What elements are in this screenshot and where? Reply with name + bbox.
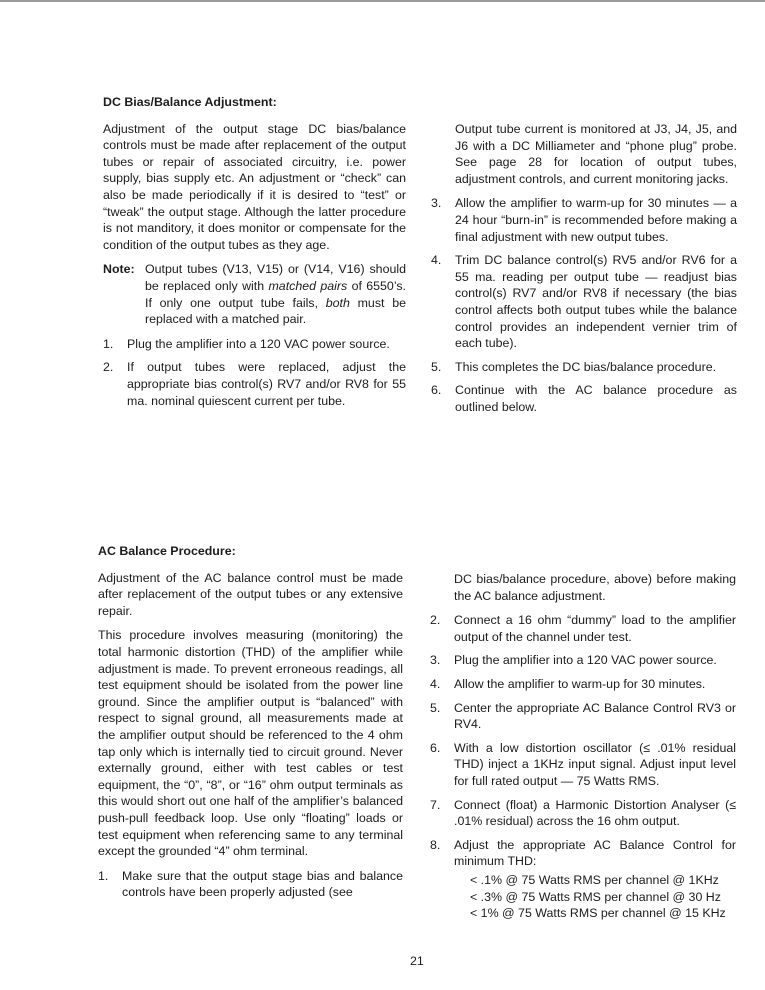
step-text: With a low distortion oscillator (≤ .01%… — [454, 740, 736, 790]
thd-spec-line: < .1% @ 75 Watts RMS per channel @ 1KHz — [470, 872, 736, 889]
step-number: 5. — [430, 700, 454, 733]
thd-spec-line: < 1% @ 75 Watts RMS per channel @ 15 KHz — [470, 905, 736, 922]
ac-step: 3. Plug the amplifier into a 120 VAC pow… — [430, 652, 736, 669]
step-number: 4. — [430, 676, 454, 693]
note-body: Output tubes (V13, V15) or (V14, V16) sh… — [145, 261, 406, 327]
dc-step: 3. Allow the amplifier to warm-up for 30… — [431, 195, 737, 245]
step-number: 6. — [430, 740, 454, 790]
step-text: Adjust the appropriate AC Balance Contro… — [454, 837, 736, 870]
ac-step: 5. Center the appropriate AC Balance Con… — [430, 700, 736, 733]
ac-paragraph-2: This procedure involves measuring (monit… — [98, 627, 403, 859]
note-label: Note: — [103, 261, 145, 327]
step-text: Allow the amplifier to warm-up for 30 mi… — [454, 676, 736, 693]
step-number: 3. — [430, 652, 454, 669]
dc-section-heading: DC Bias/Balance Adjustment: — [103, 94, 406, 111]
note-emphasis: both — [326, 296, 350, 310]
dc-step: 2. If output tubes were replaced, adjust… — [103, 359, 406, 409]
step-text: Trim DC balance control(s) RV5 and/or RV… — [455, 252, 737, 352]
dc-step: 1. Plug the amplifier into a 120 VAC pow… — [103, 336, 406, 353]
step-number: 1. — [103, 336, 127, 353]
ac-step1-continuation: DC bias/balance procedure, above) before… — [430, 571, 736, 604]
ac-left-column: AC Balance Procedure: Adjustment of the … — [98, 543, 403, 908]
note-emphasis: matched pairs — [268, 279, 347, 293]
dc-left-column: DC Bias/Balance Adjustment: Adjustment o… — [103, 94, 406, 416]
step-text: Center the appropriate AC Balance Contro… — [454, 700, 736, 733]
thd-spec-list: < .1% @ 75 Watts RMS per channel @ 1KHz … — [430, 872, 736, 922]
scan-edge-line — [0, 0, 765, 2]
step-text: Plug the amplifier into a 120 VAC power … — [454, 652, 736, 669]
step-text: If output tubes were replaced, adjust th… — [127, 359, 406, 409]
ac-step: 7. Connect (float) a Harmonic Distortion… — [430, 797, 736, 830]
step-text: Plug the amplifier into a 120 VAC power … — [127, 336, 406, 353]
ac-step: 1. Make sure that the output stage bias … — [98, 868, 403, 901]
step-text: Connect (float) a Harmonic Distortion An… — [454, 797, 736, 830]
ac-step: 4. Allow the amplifier to warm-up for 30… — [430, 676, 736, 693]
dc-step2-continuation: Output tube current is monitored at J3, … — [431, 121, 737, 187]
ac-step: 2. Connect a 16 ohm “dummy” load to the … — [430, 612, 736, 645]
ac-paragraph-1: Adjustment of the AC balance control mus… — [98, 570, 403, 620]
ac-step: 8. Adjust the appropriate AC Balance Con… — [430, 837, 736, 870]
thd-spec-line: < .3% @ 75 Watts RMS per channel @ 30 Hz — [470, 889, 736, 906]
step-number: 3. — [431, 195, 455, 245]
step-number: 2. — [430, 612, 454, 645]
ac-section-heading: AC Balance Procedure: — [98, 543, 403, 560]
step-text: Continue with the AC balance procedure a… — [455, 382, 737, 415]
ac-right-column: DC bias/balance procedure, above) before… — [430, 571, 736, 922]
dc-right-column: Output tube current is monitored at J3, … — [431, 121, 737, 423]
step-text: Allow the amplifier to warm-up for 30 mi… — [455, 195, 737, 245]
dc-step: 5. This completes the DC bias/balance pr… — [431, 359, 737, 376]
step-text: Make sure that the output stage bias and… — [122, 868, 403, 901]
step-number: 4. — [431, 252, 455, 352]
dc-step: 4. Trim DC balance control(s) RV5 and/or… — [431, 252, 737, 352]
ac-step: 6. With a low distortion oscillator (≤ .… — [430, 740, 736, 790]
step-number: 8. — [430, 837, 454, 870]
page-number: 21 — [410, 954, 424, 968]
step-text: This completes the DC bias/balance proce… — [455, 359, 737, 376]
dc-intro-paragraph: Adjustment of the output stage DC bias/b… — [103, 121, 406, 254]
step-number: 2. — [103, 359, 127, 409]
dc-step: 6. Continue with the AC balance procedur… — [431, 382, 737, 415]
step-number: 6. — [431, 382, 455, 415]
step-number: 1. — [98, 868, 122, 901]
step-number: 7. — [430, 797, 454, 830]
dc-note: Note: Output tubes (V13, V15) or (V14, V… — [103, 261, 406, 327]
step-number: 5. — [431, 359, 455, 376]
step-text: Connect a 16 ohm “dummy” load to the amp… — [454, 612, 736, 645]
